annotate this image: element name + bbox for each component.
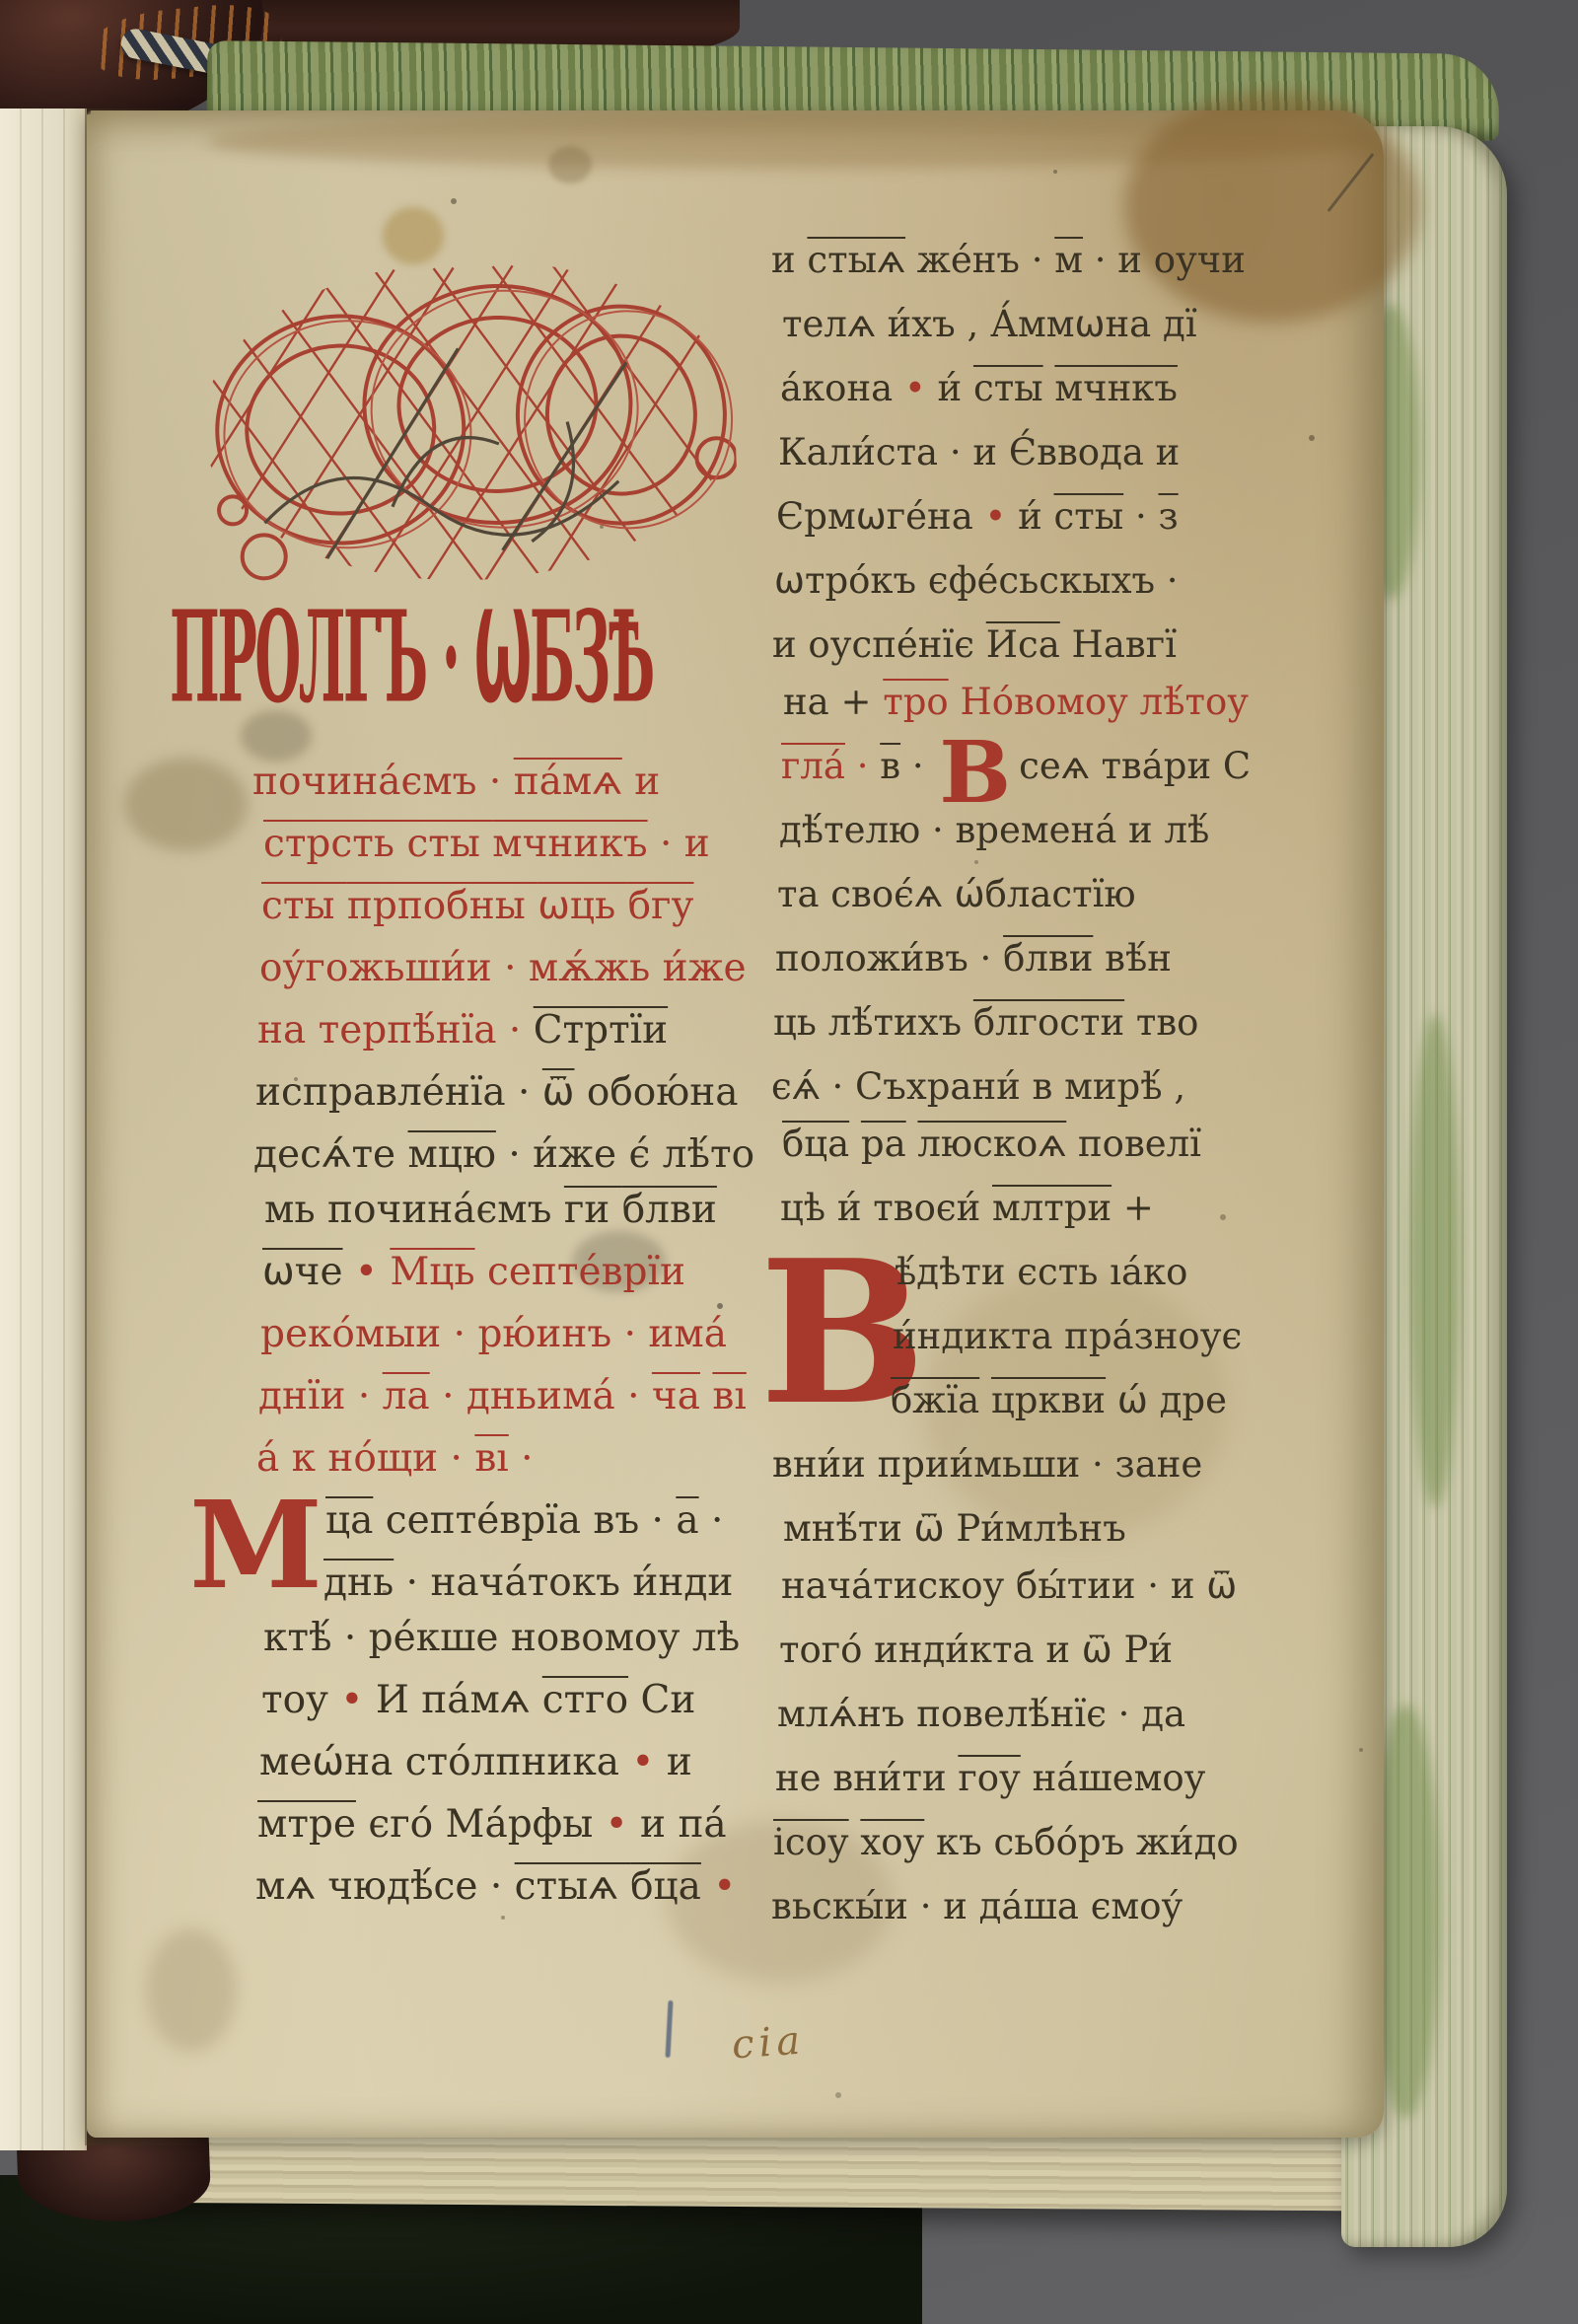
- text-segment: вı: [712, 1374, 746, 1418]
- text-segment: Мць: [390, 1250, 474, 1294]
- text-segment: ги: [564, 1188, 622, 1232]
- text-segment: стрсть: [263, 822, 406, 866]
- text-segment: стго: [542, 1678, 628, 1722]
- text-segment: •: [343, 1250, 391, 1294]
- page-title-vyaz: ПРОЛГЪ · ѠБЗѢ: [170, 584, 653, 731]
- text-segment: бца: [630, 1864, 701, 1909]
- manuscript-photo: ПРОЛГЪ · ѠБЗѢ почина́ємъ · па́мѧ истрсть…: [0, 0, 1578, 2324]
- text-segment: Но́вомоу лѣ́тоу: [949, 681, 1249, 723]
- text-segment: почина́ємъ ·: [252, 760, 514, 804]
- text-segment: вни́и прии́мьши · зане: [772, 1443, 1202, 1486]
- text-segment: и́: [1018, 495, 1053, 538]
- text-segment: Иса: [986, 623, 1060, 666]
- text-segment: ·: [900, 745, 935, 787]
- manuscript-text-line: а́кона • и́ сты мчнкъ: [780, 370, 1178, 406]
- text-segment: тоу: [261, 1678, 340, 1722]
- edge-green-stain: [1410, 1014, 1460, 1507]
- text-segment: стыѧ: [515, 1864, 630, 1909]
- text-segment: млтри: [992, 1187, 1112, 1229]
- manuscript-text-line: ѡтро́къ єфе́сьскыхъ ·: [774, 562, 1179, 599]
- text-segment: [979, 1379, 991, 1421]
- text-segment: положи́въ ·: [775, 937, 1003, 980]
- text-segment: ѡць: [538, 884, 627, 928]
- text-segment: з: [1158, 495, 1178, 538]
- text-segment: +: [1112, 1187, 1154, 1229]
- text-segment: ѿ: [542, 1070, 575, 1115]
- manuscript-text-line: мь почина́ємъ ги блви: [264, 1191, 717, 1229]
- text-segment: бгу: [628, 884, 694, 928]
- text-segment: мчникъ: [492, 822, 647, 866]
- text-segment: Навгї: [1060, 623, 1177, 666]
- text-segment: ктѣ́ · ре́кше новомоу лѣ: [263, 1616, 740, 1660]
- text-segment: [700, 1374, 712, 1418]
- text-segment: блви: [622, 1188, 717, 1232]
- manuscript-text-line: нача́тискоу бы́тии · и ѿ: [781, 1567, 1237, 1604]
- text-segment: септе́врїа въ ·: [373, 1498, 676, 1543]
- text-segment: вı: [474, 1436, 508, 1481]
- manuscript-text-line: и́ндикта пра́зноує: [893, 1318, 1242, 1354]
- text-segment: того́ инди́кта и ѿ Ри́: [779, 1629, 1173, 1671]
- text-segment: и оуспе́нїє: [772, 623, 986, 666]
- text-segment: не вни́ти: [775, 1757, 958, 1799]
- marginal-note: сіа: [730, 2017, 806, 2068]
- text-segment: ца: [325, 1498, 373, 1543]
- manuscript-text-line: ѡче • Мць септе́врїи: [262, 1253, 685, 1291]
- manuscript-text-line: ць лѣ́тихъ блгости тво: [773, 1004, 1198, 1041]
- text-segment: и́: [938, 367, 973, 409]
- text-segment: днь: [323, 1561, 394, 1605]
- manuscript-text-line: на терпѣ́нїа · Стртїи: [257, 1011, 668, 1050]
- text-segment: [849, 1821, 861, 1863]
- text-segment: ·: [1123, 495, 1158, 538]
- text-segment: сты: [973, 367, 1043, 409]
- text-segment: •: [340, 1678, 375, 1722]
- text-segment: •: [606, 1802, 640, 1847]
- text-segment: ѡтро́къ єфе́сьскыхъ ·: [774, 559, 1179, 602]
- text-segment: къ сьбо́ръ жи́до: [924, 1821, 1238, 1863]
- manuscript-text-line: того́ инди́кта и ѿ Ри́: [779, 1632, 1173, 1668]
- text-segment: меѡ́на сто́лпника: [259, 1740, 631, 1784]
- manuscript-text-line: Єрмѡге́на • и́ сты · з: [776, 498, 1179, 535]
- text-segment: на терпѣ́нїа ·: [257, 1008, 534, 1053]
- manuscript-text-line: телѧ и́хъ , А́ммѡна дї: [782, 306, 1197, 342]
- text-segment: тро: [883, 681, 948, 723]
- text-segment: гла́: [781, 745, 845, 787]
- text-segment: •: [631, 1740, 666, 1784]
- text-segment: па́мѧ: [514, 760, 622, 804]
- text-segment: · и́же є́ лѣ́то: [496, 1132, 754, 1177]
- text-segment: •: [904, 367, 938, 409]
- text-segment: · дньима́ ·: [430, 1374, 652, 1418]
- manuscript-text-line: сты прпобны ѡць бгу: [261, 887, 693, 925]
- text-segment: бжїа: [891, 1379, 979, 1421]
- text-segment: мѧ чюдѣ́се ·: [255, 1864, 515, 1909]
- text-segment: стыѧ: [807, 239, 905, 281]
- text-segment: мнѣ́ти ѿ Ри́млѣнъ: [783, 1507, 1126, 1550]
- text-segment: [849, 1123, 861, 1165]
- text-segment: мь почина́ємъ: [264, 1188, 564, 1232]
- text-segment: блгости: [973, 1001, 1124, 1044]
- text-segment: · и оучи: [1083, 239, 1246, 281]
- text-segment: мцю: [408, 1132, 496, 1177]
- manuscript-text-line: ѣ́дѣти єсть ıа́ко: [895, 1254, 1187, 1290]
- manuscript-text-line: вьскы́и · и да́ша ємоу́: [771, 1888, 1183, 1925]
- facing-flyleaf: [0, 109, 87, 2150]
- text-segment: єго́ Ма́рфы: [356, 1802, 606, 1847]
- text-segment: ·: [845, 745, 880, 787]
- text-segment: днїи ·: [258, 1374, 383, 1418]
- text-segment: гоу: [958, 1757, 1020, 1799]
- manuscript-text-line: днїи · ла · дньима́ · ча вı: [258, 1377, 747, 1416]
- text-segment: же́нъ ·: [905, 239, 1054, 281]
- text-segment: мтре: [257, 1802, 356, 1847]
- manuscript-text-line: десѧ́те мцю · и́же є́ лѣ́то: [253, 1135, 754, 1174]
- text-segment: ·: [509, 1436, 534, 1481]
- manuscript-text-line: положи́въ · блви вѣ́н: [775, 940, 1172, 977]
- text-segment: в: [880, 745, 900, 787]
- illuminated-initial: М: [189, 1491, 323, 1600]
- text-segment: и па́: [640, 1802, 727, 1847]
- text-segment: на́шемоу: [1021, 1757, 1206, 1799]
- text-segment: м: [1054, 239, 1083, 281]
- text-segment: Кали́ста · и Є́ввода и: [778, 431, 1180, 473]
- text-segment: сты: [406, 822, 492, 866]
- text-segment: телѧ и́хъ , А́ммѡна дї: [782, 303, 1197, 345]
- manuscript-text-line: мѧ чюдѣ́се · стыѧ бца •: [255, 1867, 736, 1906]
- text-segment: септе́врїи: [475, 1250, 685, 1294]
- text-segment: ѡче: [262, 1250, 343, 1294]
- text-segment: сты: [1054, 495, 1124, 538]
- text-segment: тво: [1124, 1001, 1198, 1044]
- manuscript-text-line: ісоу хоу къ сьбо́ръ жи́до: [773, 1824, 1239, 1860]
- text-segment: ць лѣ́тихъ: [773, 1001, 973, 1044]
- text-segment: реко́мыи · рю́инъ · има́: [260, 1312, 727, 1356]
- manuscript-text-line: ктѣ́ · ре́кше новомоу лѣ: [263, 1619, 740, 1657]
- text-segment: ѡ́ дре: [1106, 1379, 1227, 1421]
- manuscript-text-line: не вни́ти гоу на́шемоу: [775, 1760, 1205, 1796]
- text-segment: [906, 1123, 918, 1165]
- headpiece-knotwork: [196, 246, 740, 596]
- manuscript-text-line: бца ра люскоѧ повелї: [782, 1126, 1201, 1162]
- text-segment: а: [676, 1498, 698, 1543]
- text-segment: ісоу: [773, 1821, 849, 1863]
- text-segment: на +: [783, 681, 883, 723]
- text-segment: вѣ́н: [1093, 937, 1172, 980]
- manuscript-text-line: почина́ємъ · па́мѧ и: [252, 763, 660, 801]
- text-segment: ла: [383, 1374, 430, 1418]
- manuscript-text-line: ца септе́врїа въ · а ·: [325, 1501, 723, 1540]
- text-segment: и́ндикта пра́зноує: [893, 1315, 1242, 1357]
- text-segment: дѣ́телю · времена́ и лѣ́: [779, 809, 1209, 851]
- manuscript-text-line: та своє́ѧ ѡ́бластїю: [777, 876, 1136, 912]
- manuscript-text-line: бжїа цркви ѡ́ дре: [891, 1382, 1227, 1418]
- manuscript-text-line: оу́гожьши́и · мѫ́жь и́же: [259, 949, 747, 987]
- text-segment: ча: [652, 1374, 700, 1418]
- manuscript-text-line: исправле́нїа · ѿ обою́на: [255, 1073, 739, 1112]
- text-segment: и: [622, 760, 660, 804]
- text-segment: бца: [782, 1123, 849, 1165]
- text-segment: прпобны: [347, 884, 538, 928]
- text-segment: сты: [261, 884, 347, 928]
- text-segment: ра: [861, 1123, 906, 1165]
- text-segment: Єрмѡге́на: [776, 495, 985, 538]
- manuscript-text-line: мнѣ́ти ѿ Ри́млѣнъ: [783, 1510, 1126, 1547]
- manuscript-text-line: на + тро Но́вомоу лѣ́тоу: [783, 684, 1249, 720]
- manuscript-text-line: тоу • И па́мѧ стго Си: [261, 1681, 695, 1719]
- manuscript-text-line: вни́и прии́мьши · зане: [772, 1446, 1202, 1483]
- text-segment: а́кона: [780, 367, 904, 409]
- text-segment: и: [771, 239, 807, 281]
- manuscript-text-line: а́ к но́щи · вı ·: [256, 1439, 534, 1478]
- text-segment: люскоѧ: [917, 1123, 1066, 1165]
- manuscript-text-line: днь · нача́токъ и́нди: [323, 1563, 733, 1602]
- text-segment: нача́тискоу бы́тии · и ѿ: [781, 1564, 1237, 1607]
- text-segment: та своє́ѧ ѡ́бластїю: [777, 873, 1136, 915]
- manuscript-text-line: реко́мыи · рю́инъ · има́: [260, 1315, 727, 1353]
- manuscript-text-line: дѣ́телю · времена́ и лѣ́: [779, 812, 1209, 848]
- text-segment: сеѧ тва́ри С: [1019, 745, 1251, 787]
- text-segment: повелї: [1066, 1123, 1201, 1165]
- text-segment: млѧ́нъ повелѣ́нїє · да: [777, 1693, 1185, 1735]
- text-segment: •: [701, 1864, 736, 1909]
- manuscript-text-line: и стыѧ же́нъ · м · и оучи: [771, 242, 1246, 278]
- inline-initial: В: [939, 754, 1011, 793]
- text-segment: єѧ́ · Съхрани́ в мирѣ́ ,: [771, 1065, 1185, 1108]
- text-segment: · нача́токъ и́нди: [394, 1561, 733, 1605]
- manuscript-text-line: меѡ́на сто́лпника • и: [259, 1743, 692, 1781]
- text-segment: •: [985, 495, 1019, 538]
- manuscript-text-line: и оуспе́нїє Иса Навгї: [772, 626, 1177, 663]
- manuscript-text-line: млѧ́нъ повелѣ́нїє · да: [777, 1696, 1185, 1732]
- text-segment: и: [667, 1740, 692, 1784]
- text-segment: исправле́нїа ·: [255, 1070, 542, 1115]
- text-segment: [1043, 367, 1055, 409]
- manuscript-text-line: стрсть сты мчникъ · и: [263, 825, 710, 863]
- text-segment: И па́мѧ: [376, 1678, 542, 1722]
- text-segment: десѧ́те: [253, 1132, 408, 1177]
- text-segment: оу́гожьши́и · мѫ́жь и́же: [259, 946, 747, 990]
- text-segment: Стртїи: [534, 1008, 668, 1053]
- text-segment: обою́на: [574, 1070, 738, 1115]
- manuscript-text-line: гла́ · в · Всеѧ тва́ри С: [781, 748, 1251, 793]
- manuscript-text-line: єѧ́ · Съхрани́ в мирѣ́ ,: [771, 1068, 1185, 1105]
- ink-specks: [87, 110, 91, 114]
- text-segment: Си: [628, 1678, 695, 1722]
- text-segment: хоу: [860, 1821, 924, 1863]
- text-segment: ѣ́дѣти єсть ıа́ко: [895, 1251, 1187, 1293]
- text-segment: ·: [699, 1498, 724, 1543]
- text-segment: мчнкъ: [1054, 367, 1178, 409]
- text-segment: цркви: [991, 1379, 1106, 1421]
- manuscript-text-line: Кали́ста · и Є́ввода и: [778, 434, 1180, 471]
- text-segment: вьскы́и · и да́ша ємоу́: [771, 1885, 1183, 1927]
- text-segment: блви: [1003, 937, 1093, 980]
- manuscript-text-line: мтре єго́ Ма́рфы • и па́: [257, 1805, 727, 1844]
- text-segment: · и: [648, 822, 710, 866]
